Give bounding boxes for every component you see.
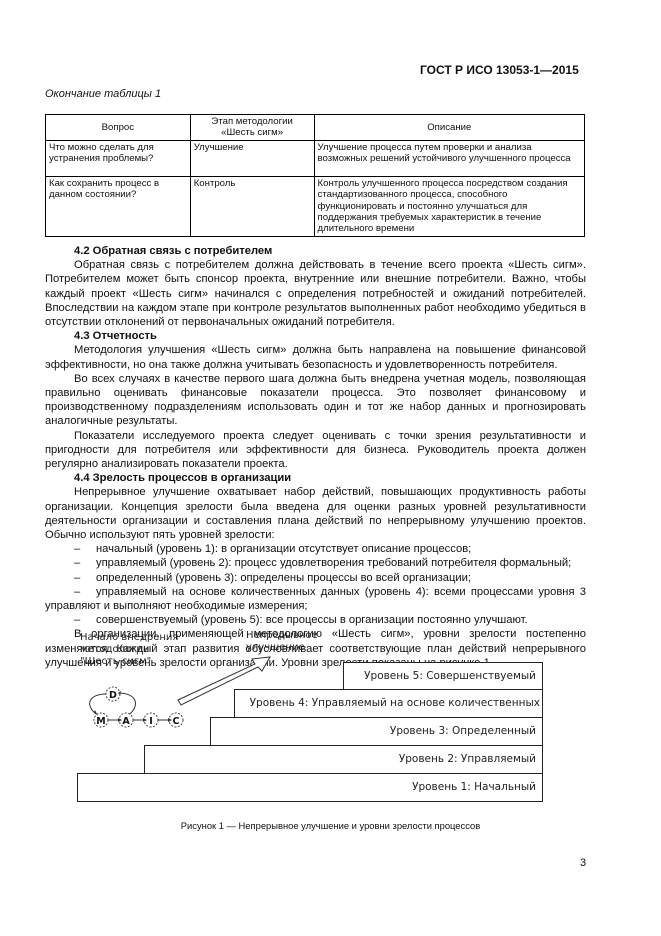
table-1: Вопрос Этап методологии «Шесть сигм» Опи…	[45, 114, 585, 237]
column-header-question: Вопрос	[46, 115, 191, 141]
svg-text:C: C	[173, 716, 180, 727]
document-id: ГОСТ Р ИСО 13053-1—2015	[420, 63, 579, 77]
svg-text:I: I	[149, 716, 153, 727]
list-item: –совершенствуемый (уровень 5): все проце…	[45, 613, 586, 627]
paragraph: Непрерывное улучшение охватывает набор д…	[45, 485, 586, 542]
section-heading-4-2: 4.2 Обратная связь с потребителем	[45, 244, 586, 258]
figure-1: Начало внедрения методологии "Шесть сигм…	[0, 630, 661, 810]
page-number: 3	[580, 857, 586, 869]
body-text: 4.2 Обратная связь с потребителем Обратн…	[45, 244, 586, 670]
svg-text:M: M	[96, 716, 105, 727]
maturity-level-5: Уровень 5: Совершенствуемый	[343, 662, 543, 690]
cell-description: Улучшение процесса путем проверки и анал…	[314, 140, 584, 176]
paragraph: Во всех случаях в качестве первого шага …	[45, 372, 586, 429]
table-row: Что можно сделать для устранения проблем…	[46, 140, 585, 176]
paragraph: Методология улучшения «Шесть сигм» должн…	[45, 343, 586, 371]
section-heading-4-4: 4.4 Зрелость процессов в организации	[45, 471, 586, 485]
column-header-stage: Этап методологии «Шесть сигм»	[190, 115, 314, 141]
maturity-level-4: Уровень 4: Управляемый на основе количес…	[234, 689, 543, 718]
figure-caption: Рисунок 1 — Непрерывное улучшение и уров…	[0, 820, 661, 831]
table-row: Как сохранить процесс в данном состоянии…	[46, 176, 585, 236]
paragraph: Показатели исследуемого проекта следует …	[45, 429, 586, 472]
section-heading-4-3: 4.3 Отчетность	[45, 329, 586, 343]
cell-question: Как сохранить процесс в данном состоянии…	[46, 176, 191, 236]
paragraph: Обратная связь с потребителем должна дей…	[45, 258, 586, 329]
list-item: –начальный (уровень 1): в организации от…	[45, 542, 586, 556]
list-item: –управляемый (уровень 2): процесс удовле…	[45, 556, 586, 570]
cell-stage: Контроль	[190, 176, 314, 236]
svg-text:A: A	[122, 716, 130, 727]
list-item: –определенный (уровень 3): определены пр…	[45, 571, 586, 585]
cell-stage: Улучшение	[190, 140, 314, 176]
table-continuation-caption: Окончание таблицы 1	[45, 88, 161, 100]
cell-question: Что можно сделать для устранения проблем…	[46, 140, 191, 176]
maturity-level-1: Уровень 1: Начальный	[77, 773, 543, 802]
maturity-level-3: Уровень 3: Определенный	[210, 717, 543, 746]
list-item: –управляемый на основе количественных да…	[45, 585, 586, 613]
column-header-description: Описание	[314, 115, 584, 141]
svg-text:D: D	[109, 690, 117, 701]
maturity-level-2: Уровень 2: Управляемый	[144, 745, 543, 774]
cell-description: Контроль улучшенного процесса посредство…	[314, 176, 584, 236]
